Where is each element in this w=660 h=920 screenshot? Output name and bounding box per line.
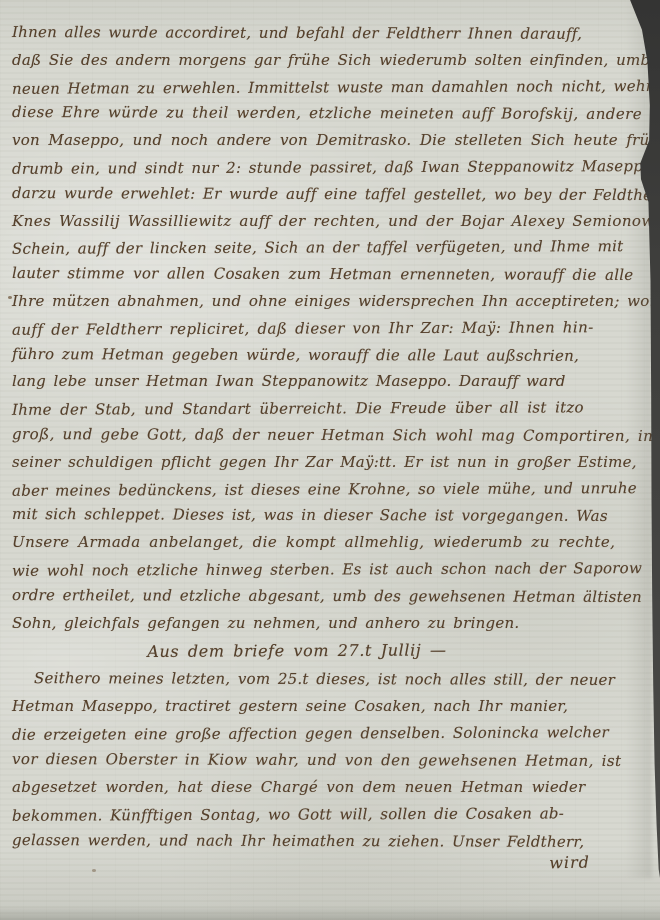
paragraph-1: Ihnen alles wurde accordiret, und befahl… — [12, 20, 642, 636]
paper-edge-shadow — [626, 0, 652, 878]
manuscript-line: Unsere Armada anbelanget, die kompt allm… — [12, 529, 642, 556]
page-bottom-shadow — [0, 906, 660, 920]
manuscript-line: Knes Wassilij Wassilliewitz auff der rec… — [12, 208, 642, 235]
manuscript-line: mit sich schleppet. Dieses ist, was in d… — [12, 501, 642, 530]
manuscript-line: lauter stimme vor allen Cosaken zum Hetm… — [12, 260, 642, 289]
manuscript-line: darzu wurde erwehlet: Er wurde auff eine… — [12, 180, 642, 209]
manuscript-line: lang lebe unser Hetman Iwan Steppanowitz… — [12, 368, 642, 395]
manuscript-line: Sohn, gleichfals gefangen zu nehmen, und… — [12, 610, 642, 637]
manuscript-line: ordre ertheilet, und etzliche abgesant, … — [12, 582, 642, 611]
manuscript-page: Ihnen alles wurde accordiret, und befahl… — [0, 0, 660, 920]
manuscript-line: Hetman Maseppo, tractiret gestern seine … — [12, 693, 642, 720]
manuscript-line: vor diesen Oberster in Kiow wahr, und vo… — [12, 746, 642, 775]
manuscript-line: drumb ein, und sindt nur 2: stunde passi… — [12, 153, 642, 183]
ink-speck — [92, 869, 96, 872]
manuscript-line: aber meines bedünckens, ist dieses eine … — [12, 475, 642, 505]
manuscript-line: führo zum Hetman gegeben würde, worauff … — [12, 341, 642, 370]
manuscript-line: die erzeigeten eine große affection gege… — [12, 719, 642, 749]
manuscript-line: neuen Hetman zu erwehlen. Immittelst wus… — [12, 73, 642, 103]
manuscript-line: diese Ehre würde zu theil werden, etzlic… — [12, 99, 642, 128]
manuscript-line: auff der Feldtherr repliciret, daß diese… — [12, 314, 642, 344]
manuscript-line: groß, und gebe Gott, daß der neuer Hetma… — [12, 421, 642, 450]
manuscript-line: Ihnen alles wurde accordiret, und befahl… — [12, 19, 642, 48]
manuscript-line: Seithero meines letzten, vom 25.t dieses… — [12, 665, 642, 694]
manuscript-line: wie wohl noch etzliche hinweg sterben. E… — [12, 555, 642, 585]
manuscript-line: bekommen. Künfftigen Sontag, wo Gott wil… — [12, 800, 642, 830]
manuscript-line: Ihme der Stab, und Standart überreicht. … — [12, 394, 642, 424]
manuscript-line: von Maseppo, und noch andere von Demitra… — [12, 127, 642, 154]
manuscript-line: daß Sie des andern morgens gar frühe Sic… — [12, 47, 642, 74]
ink-speck — [8, 296, 12, 299]
manuscript-line: Schein, auff der lincken seite, Sich an … — [12, 233, 642, 263]
manuscript-line: Ihre mützen abnahmen, und ohne einiges w… — [12, 288, 642, 315]
paragraph-2: Seithero meines letzten, vom 25.t dieses… — [12, 666, 642, 855]
manuscript-line: abgesetzet worden, hat diese Chargé von … — [12, 774, 642, 801]
manuscript-line: seiner schuldigen pflicht gegen Ihr Zar … — [12, 449, 642, 476]
section-heading: Aus dem briefe vom 27.t Jullij — — [12, 635, 642, 668]
